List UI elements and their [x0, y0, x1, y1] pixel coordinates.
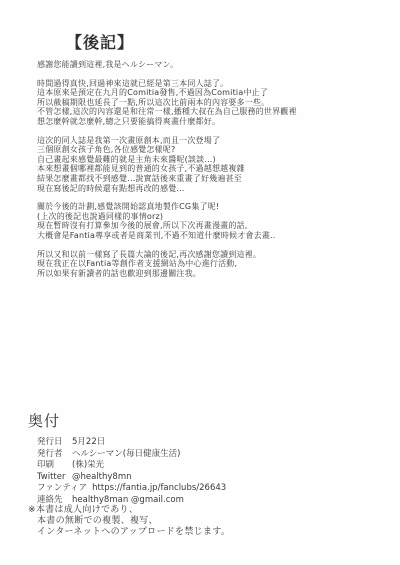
notice-line: インターネットへのアップロードを禁じます。 — [28, 527, 368, 538]
afterword-line: 大概會是Fantia專享或者是商業刊,不過不知道什麼時候才會去畫.. — [37, 231, 367, 241]
afterword-paragraph-thanks: 所以又和以前一樣寫了長篇大論的後記,再次感謝您讀到這裡。 現在我正在以Fanti… — [37, 250, 367, 279]
afterword-line: 結果怎麼畫都找不到感覺…說實話後來重畫了好幾遍甚至 — [37, 174, 367, 184]
colophon-row-printer: 印刷 (株)栄光 — [37, 460, 367, 472]
colophon-heading: 奥付 — [28, 410, 60, 431]
afterword-body: 感謝您能讀到這裡,我是ヘルシーマン。 時間過得真快,回過神來這就已經是第三本同人… — [37, 60, 367, 287]
afterword-paragraph-characters: 這次的同人誌是我第一次畫原創本,而且一次登場了 三個原創女孩子角色,各位感覺怎樣… — [37, 136, 367, 194]
afterword-line: 本來想畫個哪裡都能見到的普通的女孩子,不過越想越複雜 — [37, 164, 367, 174]
afterword-line: 所以截稿期限也延長了一點,所以這次比前兩本的內容要多一些。 — [37, 98, 367, 108]
colophon-row-publisher: 発行者 ヘルシーマン(毎日健康生活) — [37, 449, 367, 461]
publish-date-value: 5月22日 — [72, 437, 105, 449]
afterword-line: (上次的後記也說過同樣的事情orz) — [37, 212, 367, 222]
afterword-paragraph-future-plans: 關於今後的計劃,感覺該開始認真地製作CG集了呢! (上次的後記也說過同樣的事情o… — [37, 202, 367, 240]
notice-line: ※本書は成人向けであり、 — [28, 505, 368, 516]
colophon-label: 発行日 — [37, 437, 67, 449]
afterword-paragraph-publication: 時間過得真快,回過神來這就已經是第三本同人誌了。 這本原來是預定在九月的Comi… — [37, 79, 367, 127]
notice-line: 本書の無断での複製、複写、 — [28, 516, 368, 527]
afterword-line: 現在寫後記的時候還有點想再改的感覺… — [37, 184, 367, 194]
afterword-line: 時間過得真快,回過神來這就已經是第三本同人誌了。 — [37, 79, 367, 89]
afterword-line: 關於今後的計劃,感覺該開始認真地製作CG集了呢! — [37, 202, 367, 212]
afterword-line: 不管怎樣,這次的內容還是和往常一樣,播種大叔在為自己服務的世界觀裡 — [37, 107, 367, 117]
printer-value: (株)栄光 — [72, 460, 104, 472]
afterword-line: 感謝您能讀到這裡,我是ヘルシーマン。 — [37, 60, 367, 70]
afterword-paragraph-greeting: 感謝您能讀到這裡,我是ヘルシーマン。 — [37, 60, 367, 70]
afterword-line: 自己畫起來感覺最難的就是主角未來醬呢(談談…) — [37, 155, 367, 165]
afterword-line: 現在我正在以Fantia等創作者支援網站為中心進行活動, — [37, 259, 367, 269]
colophon-rows: 発行日 5月22日 発行者 ヘルシーマン(毎日健康生活) 印刷 (株)栄光 Tw… — [37, 437, 367, 506]
adult-content-notice: ※本書は成人向けであり、 本書の無断での複製、複写、 インターネットへのアップロ… — [28, 505, 368, 538]
afterword-line: 三個原創女孩子角色,各位感覺怎樣呢? — [37, 145, 367, 155]
afterword-line: 這本原來是預定在九月的Comitia發售,不過因為Comitia中止了 — [37, 88, 367, 98]
publisher-value: ヘルシーマン(毎日健康生活) — [72, 449, 180, 461]
twitter-handle: @healthy8mn — [72, 472, 132, 484]
colophon-row-fantia: ファンティア https://fantia.jp/fanclubs/26643 — [37, 483, 367, 495]
afterword-line: 現在暫時沒有打算參加今後的展會,所以下次再畫漫畫的話, — [37, 221, 367, 231]
doujinshi-afterword-page: 【後記】 感謝您能讀到這裡,我是ヘルシーマン。 時間過得真快,回過神來這就已經是… — [0, 0, 400, 565]
colophon-label: 印刷 — [37, 460, 67, 472]
colophon-label: 発行者 — [37, 449, 67, 461]
afterword-line: 這次的同人誌是我第一次畫原創本,而且一次登場了 — [37, 136, 367, 146]
colophon-row-publish-date: 発行日 5月22日 — [37, 437, 367, 449]
afterword-heading: 【後記】 — [66, 30, 134, 53]
colophon-row-twitter: Twitter @healthy8mn — [37, 472, 367, 484]
afterword-line: 想怎麼幹就怎麼幹,總之只要能搞得爽畫什麼都好。 — [37, 117, 367, 127]
colophon-label: Twitter — [37, 472, 67, 484]
afterword-line: 所以如果有新讀者的話也歡迎到那邊關注我。 — [37, 269, 367, 279]
afterword-line: 所以又和以前一樣寫了長篇大論的後記,再次感謝您讀到這裡。 — [37, 250, 367, 260]
colophon-label: ファンティア — [37, 483, 87, 495]
fantia-url: https://fantia.jp/fanclubs/26643 — [92, 483, 226, 495]
